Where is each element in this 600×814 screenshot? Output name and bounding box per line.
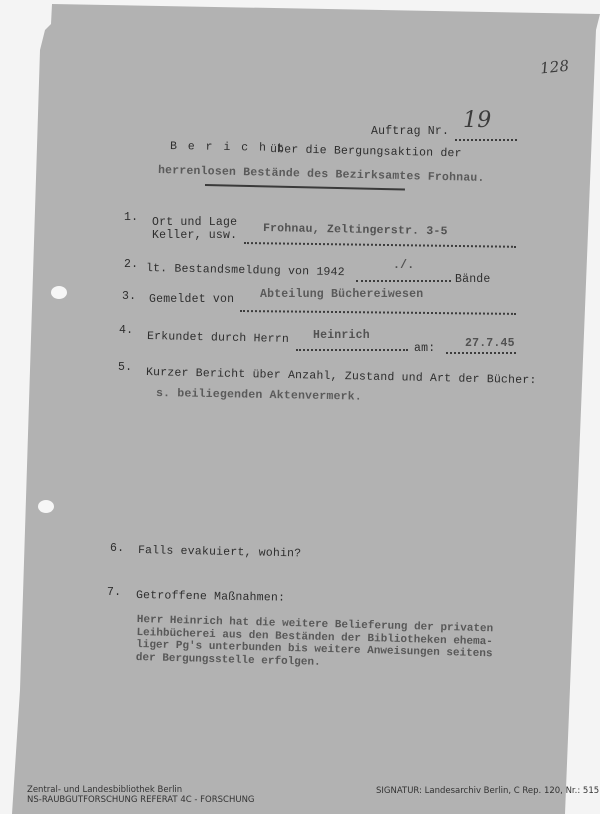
archive-page-number: 128 [539, 57, 570, 78]
footer-signature: SIGNATUR: Landesarchiv Berlin, C Rep. 12… [376, 786, 599, 796]
footer-library-line1: Zentral- und Landesbibliothek Berlin [27, 785, 255, 795]
item-5-number: 5. [118, 361, 132, 374]
item-3-number: 3. [122, 290, 136, 303]
item-2-value: ./. [393, 259, 414, 272]
item-1-number: 1. [124, 211, 138, 224]
order-number: 19 [463, 108, 491, 133]
item-7-label: Getroffene Maßnahmen: [136, 589, 285, 605]
item-4-value: Heinrich [313, 329, 370, 342]
punch-hole-top [51, 286, 67, 299]
item-4-dots [296, 349, 408, 351]
item-3-label: Gemeldet von [149, 293, 234, 306]
item-4-date-value: 27.7.45 [465, 337, 515, 350]
item-6-number: 6. [110, 542, 124, 555]
item-4-date-label: am: [414, 342, 435, 355]
item-1-label-line1: Ort und Lage [152, 216, 237, 229]
item-4-number: 4. [119, 324, 133, 337]
order-number-dots [455, 139, 517, 141]
item-7-value: Herr Heinrich hat die weitere Belieferun… [136, 614, 494, 673]
item-2-number: 2. [124, 258, 138, 271]
item-2-unit: Bände [455, 273, 491, 286]
footer-library: Zentral- und Landesbibliothek Berlin NS-… [27, 785, 255, 805]
item-2-dots [356, 280, 451, 282]
order-label: Auftrag Nr. [371, 125, 449, 138]
footer-library-line2: NS-RAUBGUTFORSCHUNG REFERAT 4C - FORSCHU… [27, 795, 255, 805]
title-spaced-word: B e r i c h t [170, 140, 286, 155]
punch-hole-bottom [38, 500, 54, 513]
item-1-label-line2: Keller, usw. [152, 229, 237, 242]
item-7-number: 7. [107, 586, 121, 599]
item-4-date-dots [446, 352, 516, 354]
document-page [0, 0, 600, 814]
item-3-value: Abteilung Büchereiwesen [260, 288, 423, 301]
